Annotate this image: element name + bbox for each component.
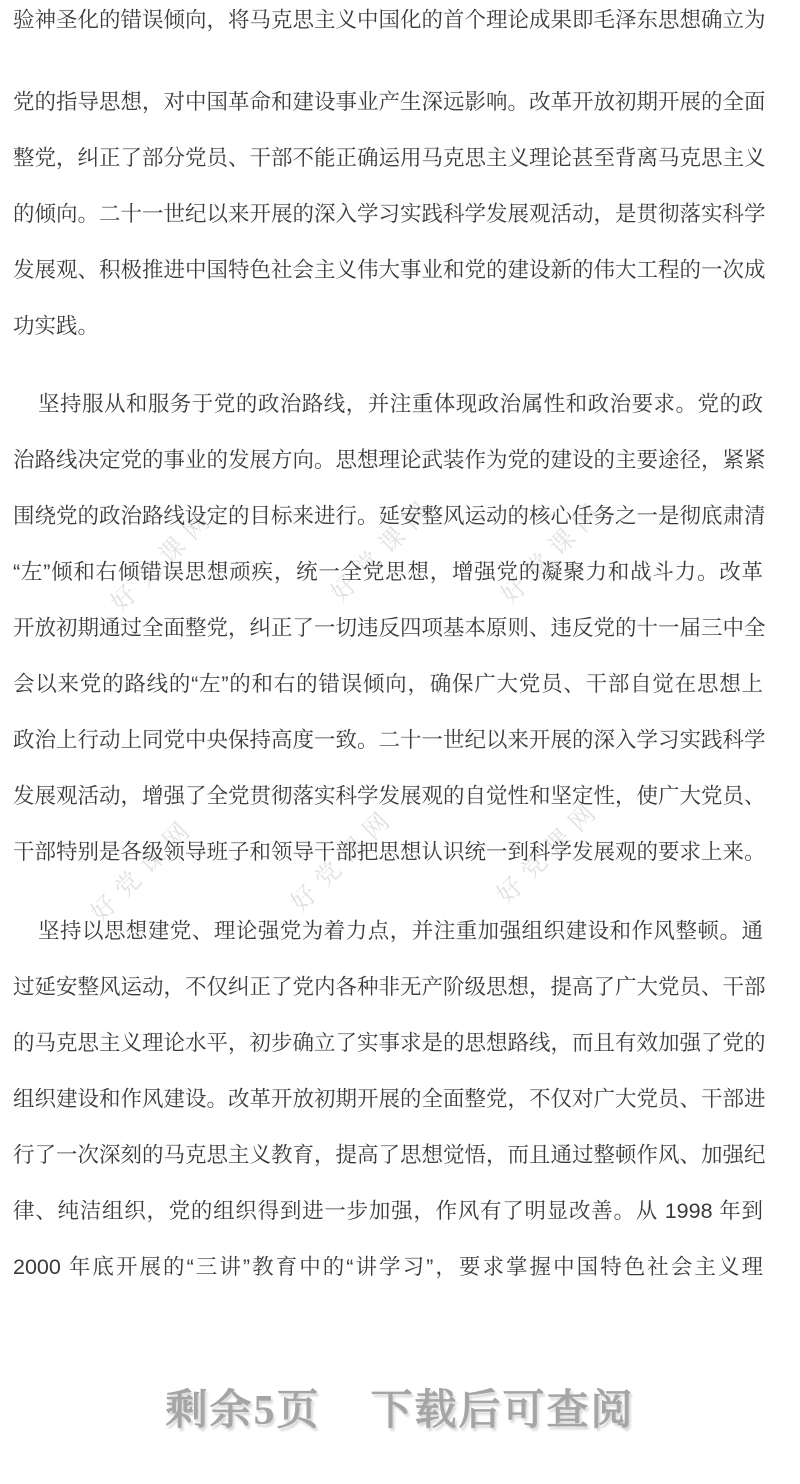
text-line: 坚持以思想建党、理论强党为着力点，并注重加强组织建设和作风整顿。通 <box>13 903 763 959</box>
text-line: 验神圣化的错误倾向，将马克思主义中国化的首个理论成果即毛泽东思想确立为 <box>13 0 763 48</box>
text-line: 发展观、积极推进中国特色社会主义伟大事业和党的建设新的伟大工程的一次成 <box>13 242 763 298</box>
text-line: 组织建设和作风建设。改革开放初期开展的全面整党，不仅对广大党员、干部进 <box>13 1071 763 1127</box>
text-line: 发展观活动，增强了全党贯彻落实科学发展观的自觉性和坚定性，使广大党员、 <box>13 768 763 824</box>
text-line: 开放初期通过全面整党，纠正了一切违反四项基本原则、违反党的十一届三中全 <box>13 600 763 656</box>
text-line: 的倾向。二十一世纪以来开展的深入学习实践科学发展观活动，是贯彻落实科学 <box>13 186 763 242</box>
document-preview-page: 好党课网好党课网好党课网好党课网好党课网好党课网 验神圣化的错误倾向，将马克思主… <box>0 0 800 1484</box>
paragraph: 坚持服从和服务于党的政治路线，并注重体现政治属性和政治要求。党的政治路线决定党的… <box>13 376 763 880</box>
text-line: 功实践。 <box>13 298 763 354</box>
paragraph: 坚持以思想建党、理论强党为着力点，并注重加强组织建设和作风整顿。通过延安整风运动… <box>13 903 763 1295</box>
paragraph: 验神圣化的错误倾向，将马克思主义中国化的首个理论成果即毛泽东思想确立为 <box>13 0 763 48</box>
text-line: 整党，纠正了部分党员、干部不能正确运用马克思主义理论甚至背离马克思主义 <box>13 130 763 186</box>
download-hint-label: 下载后可查阅 <box>371 1388 635 1434</box>
remaining-pages-label: 剩余5页 <box>165 1388 320 1434</box>
text-line: 治路线决定党的事业的发展方向。思想理论武装作为党的建设的主要途径，紧紧 <box>13 432 763 488</box>
text-line: 政治上行动上同党中央保持高度一致。二十一世纪以来开展的深入学习实践科学 <box>13 712 763 768</box>
text-line: 党的指导思想，对中国革命和建设事业产生深远影响。改革开放初期开展的全面 <box>13 74 763 130</box>
text-line: 过延安整风运动，不仅纠正了党内各种非无产阶级思想，提高了广大党员、干部 <box>13 959 763 1015</box>
text-line: 围绕党的政治路线设定的目标来进行。延安整风运动的核心任务之一是彻底肃清 <box>13 488 763 544</box>
footer-banner: 剩余5页下载后可查阅 <box>0 1377 800 1437</box>
paragraph: 党的指导思想，对中国革命和建设事业产生深远影响。改革开放初期开展的全面整党，纠正… <box>13 74 763 354</box>
text-line: 坚持服从和服务于党的政治路线，并注重体现政治属性和政治要求。党的政 <box>13 376 763 432</box>
text-line: 律、纯洁组织，党的组织得到进一步加强，作风有了明显改善。从 1998 年到 <box>13 1183 763 1239</box>
document-body: 验神圣化的错误倾向，将马克思主义中国化的首个理论成果即毛泽东思想确立为党的指导思… <box>0 0 800 1295</box>
text-line: 行了一次深刻的马克思主义教育，提高了思想觉悟，而且通过整顿作风、加强纪 <box>13 1127 763 1183</box>
text-line: 的马克思主义理论水平，初步确立了实事求是的思想路线，而且有效加强了党的 <box>13 1015 763 1071</box>
text-line: “左”倾和右倾错误思想顽疾，统一全党思想，增强党的凝聚力和战斗力。改革 <box>13 544 763 600</box>
text-line: 会以来党的路线的“左”的和右的错误倾向，确保广大党员、干部自觉在思想上 <box>13 656 763 712</box>
text-line: 干部特别是各级领导班子和领导干部把思想认识统一到科学发展观的要求上来。 <box>13 824 763 880</box>
text-line: 2000 年底开展的“三讲”教育中的“讲学习”，要求掌握中国特色社会主义理 <box>13 1239 763 1295</box>
